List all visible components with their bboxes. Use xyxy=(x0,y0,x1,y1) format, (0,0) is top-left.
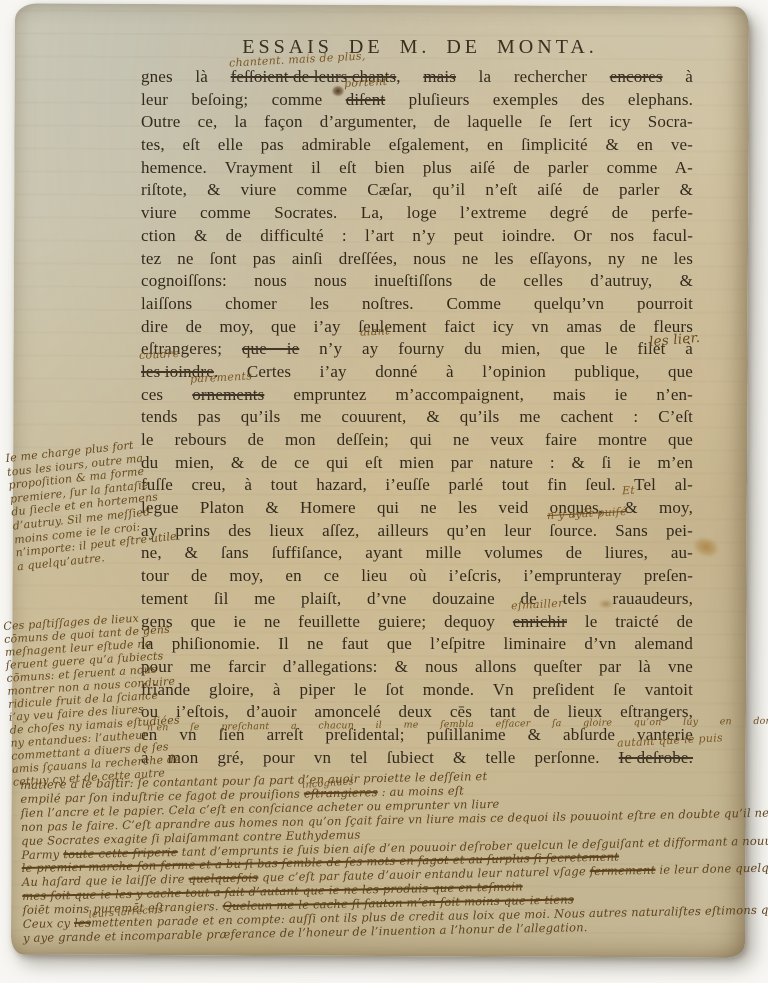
print-line: friande gloire, à piper le ſot monde. Vn… xyxy=(141,679,693,702)
text-segment: le rebours de mon deſſein; qui ne veux f… xyxy=(141,430,693,449)
handwritten-insertion: aiant xyxy=(360,325,390,338)
text-segment: du mien, & de ce qui eſt mien par nature… xyxy=(141,453,693,472)
handwritten-insertion: parements xyxy=(190,370,253,384)
text-segment: tes, eſt elle pas admirable eſgalement, … xyxy=(141,135,693,154)
text-segment: hemence. Vrayment il eſt bien plus aiſé … xyxy=(141,158,693,177)
print-line: gens que ie ne feuillette guiere; dequoy… xyxy=(141,611,693,634)
text-segment: moy, xyxy=(638,498,693,517)
print-line: Outre ce, la façon d’argumenter, de laqu… xyxy=(141,111,693,134)
print-line: ces ornementsparements empruntez m’accom… xyxy=(141,384,693,407)
print-line: hemence. Vrayment il eſt bien plus aiſé … xyxy=(141,157,693,180)
print-line: tour de moy, en ce lieu où i’eſcris, i’e… xyxy=(141,565,693,588)
annotated-segment: diſentportent xyxy=(346,89,386,112)
print-line: eſtrangeres; que ie n’y ayaiant fourny d… xyxy=(141,338,693,361)
text-segment: la rechercher xyxy=(456,67,610,86)
text-segment: . Certes i’ay donné à l’opinion publique… xyxy=(214,362,693,381)
struck-text: quelquefois xyxy=(188,871,258,886)
struck-text: diſent xyxy=(346,90,386,109)
text-segment: n’y xyxy=(299,339,362,358)
text-segment: pour me farcir d’allegations: & nous all… xyxy=(141,657,693,676)
text-segment: tement ſil me plaiſt, d’vne douzaine de … xyxy=(141,589,693,608)
text-segment: fuſſe creu, à tout hazard, i’euſſe parlé… xyxy=(141,475,693,494)
text-segment: . Sans pei- xyxy=(593,521,693,540)
annotated-segment: ayaiant xyxy=(362,338,378,361)
text-segment: ſource xyxy=(549,521,592,540)
annotated-segment: ſourcen’y ayāt puiſé xyxy=(549,520,592,543)
text-segment: Parmy xyxy=(21,847,63,862)
print-line: n’en ſe preſchant a chacun il me ſembla … xyxy=(141,724,693,747)
struck-text: que ie xyxy=(242,339,299,358)
text-segment: dire de moy, que i’ay ſeulement faict ic… xyxy=(141,317,693,336)
print-line: gnes là feſſoient de leurs chantschanten… xyxy=(141,66,693,89)
print-line: leur beſoing; comme diſentportent pluſie… xyxy=(141,89,693,112)
handwritten-insertion: coudre xyxy=(139,348,180,361)
text-segment: fourny du mien, que le filet à xyxy=(378,339,693,358)
print-line: tes, eſt elle pas admirable eſgalement, … xyxy=(141,134,693,157)
text-segment: friande gloire, à piper le ſot monde. Vn… xyxy=(141,680,693,699)
handwritten-insertion: Et xyxy=(622,485,636,497)
struck-text: Ie deſrobe. xyxy=(619,748,693,767)
text-segment: ces xyxy=(141,385,192,404)
text-segment: riſtote, & viure comme Cæſar, qu’il n’eſ… xyxy=(141,180,693,199)
margin-note-left-lower: Ces paſtiſſages de lieuxcōmuns de quoi t… xyxy=(3,611,159,789)
text-segment: gnes là xyxy=(141,67,231,86)
print-line: du mien, & de ce qui eſt mien par nature… xyxy=(141,452,693,475)
print-line: ay prins des lieux aſſez, ailleurs qu’en… xyxy=(141,520,693,543)
print-line: tement ſil me plaiſt, d’vne douzaine de … xyxy=(141,588,693,611)
text-segment: empruntez m’accompaignent, mais ie n’en- xyxy=(264,385,693,404)
print-line: riſtote, & viure comme Cæſar, qu’il n’eſ… xyxy=(141,179,693,202)
struck-text: fermement xyxy=(590,863,656,878)
text-segment: Ceux cy xyxy=(23,916,75,931)
printed-text-block: gnes là feſſoient de leurs chantschanten… xyxy=(141,66,693,769)
text-segment: ay prins des lieux aſſez, ailleurs qu’en… xyxy=(141,521,549,540)
struck-text: ornements xyxy=(192,385,264,404)
print-line: cognoiſſons: nous nous inueſtiſſons de c… xyxy=(141,270,693,293)
text-segment: , xyxy=(396,67,423,86)
text-segment: leur beſoing; comme xyxy=(141,90,346,109)
text-segment: à mon gré, pour vn tel ſubiect & telle p… xyxy=(141,748,619,767)
text-segment: tends pas qu’ils me couurent, & qu’ils m… xyxy=(141,407,693,426)
margin-note-left-upper: Ie me charge plus forttous les iours, ou… xyxy=(5,438,153,574)
struck-text: mais xyxy=(423,67,456,86)
bottom-manuscript-addition: matiere a le baſtir: ſe contantant pour … xyxy=(20,765,768,946)
text-segment: la phiſionomie. Il ne faut que l’eſpitre… xyxy=(141,634,693,653)
text-segment: viure comme Socrates. La, loge l’extreme… xyxy=(141,203,693,222)
print-line: ction & de difficulté : l’art n’y peut i… xyxy=(141,225,693,248)
print-line: ne, & ſans ſuffiſance, ayant mille volum… xyxy=(141,542,693,565)
print-line: la phiſionomie. Il ne faut que l’eſpitre… xyxy=(141,633,693,656)
text-segment: cognoiſſons: nous nous inueſtiſſons de c… xyxy=(141,271,693,290)
print-line: à mon gré, pour vn tel ſubiect & telle p… xyxy=(141,747,693,770)
text-segment: ay xyxy=(362,339,378,358)
print-line: tez ne ſont pas ainſi dreſſées, nous ne … xyxy=(141,248,693,271)
print-line: fuſſe creu, à tout hazard, i’euſſe parlé… xyxy=(141,474,693,497)
print-line: tends pas qu’ils me couurent, & qu’ils m… xyxy=(141,406,693,429)
text-segment: le traicté de xyxy=(567,612,693,631)
struck-text: enrichir xyxy=(513,612,567,631)
print-line: viure comme Socrates. La, loge l’extreme… xyxy=(141,202,693,225)
text-segment: à xyxy=(663,67,693,86)
annotated-segment: ornementsparements xyxy=(192,384,264,407)
annotated-segment: enrichireſmailler xyxy=(513,611,567,634)
print-line: pour me farcir d’allegations: & nous all… xyxy=(141,656,693,679)
print-line: laiſſons chomer les noſtres. Comme quelq… xyxy=(141,293,693,316)
text-segment: laiſſons chomer les noſtres. Comme quelq… xyxy=(141,294,693,313)
handwritten-insertion: eſmailler xyxy=(511,597,564,611)
text-segment: ne, & ſans ſuffiſance, ayant mille volum… xyxy=(141,543,693,562)
handwritten-insertion: portent xyxy=(343,76,387,89)
text-segment: Outre ce, la façon d’argumenter, de laqu… xyxy=(141,112,693,131)
text-segment: tez ne ſont pas ainſi dreſſées, nous ne … xyxy=(141,249,693,268)
scanned-book-page: { "doc": { "header": "ESSAIS DE M. DE MO… xyxy=(0,0,768,983)
text-segment: pluſieurs exemples des elephans. xyxy=(385,90,693,109)
text-segment: gens que ie ne feuillette guiere; dequoy xyxy=(141,612,513,631)
print-line: le rebours de mon deſſein; qui ne veux f… xyxy=(141,429,693,452)
print-line: dire de moy, que i’ay ſeulement faict ic… xyxy=(141,316,693,339)
text-segment: tour de moy, en ce lieu où i’eſcris, i’e… xyxy=(141,566,693,585)
struck-text: encores xyxy=(610,67,663,86)
text-segment: ction & de difficulté : l’art n’y peut i… xyxy=(141,226,693,245)
